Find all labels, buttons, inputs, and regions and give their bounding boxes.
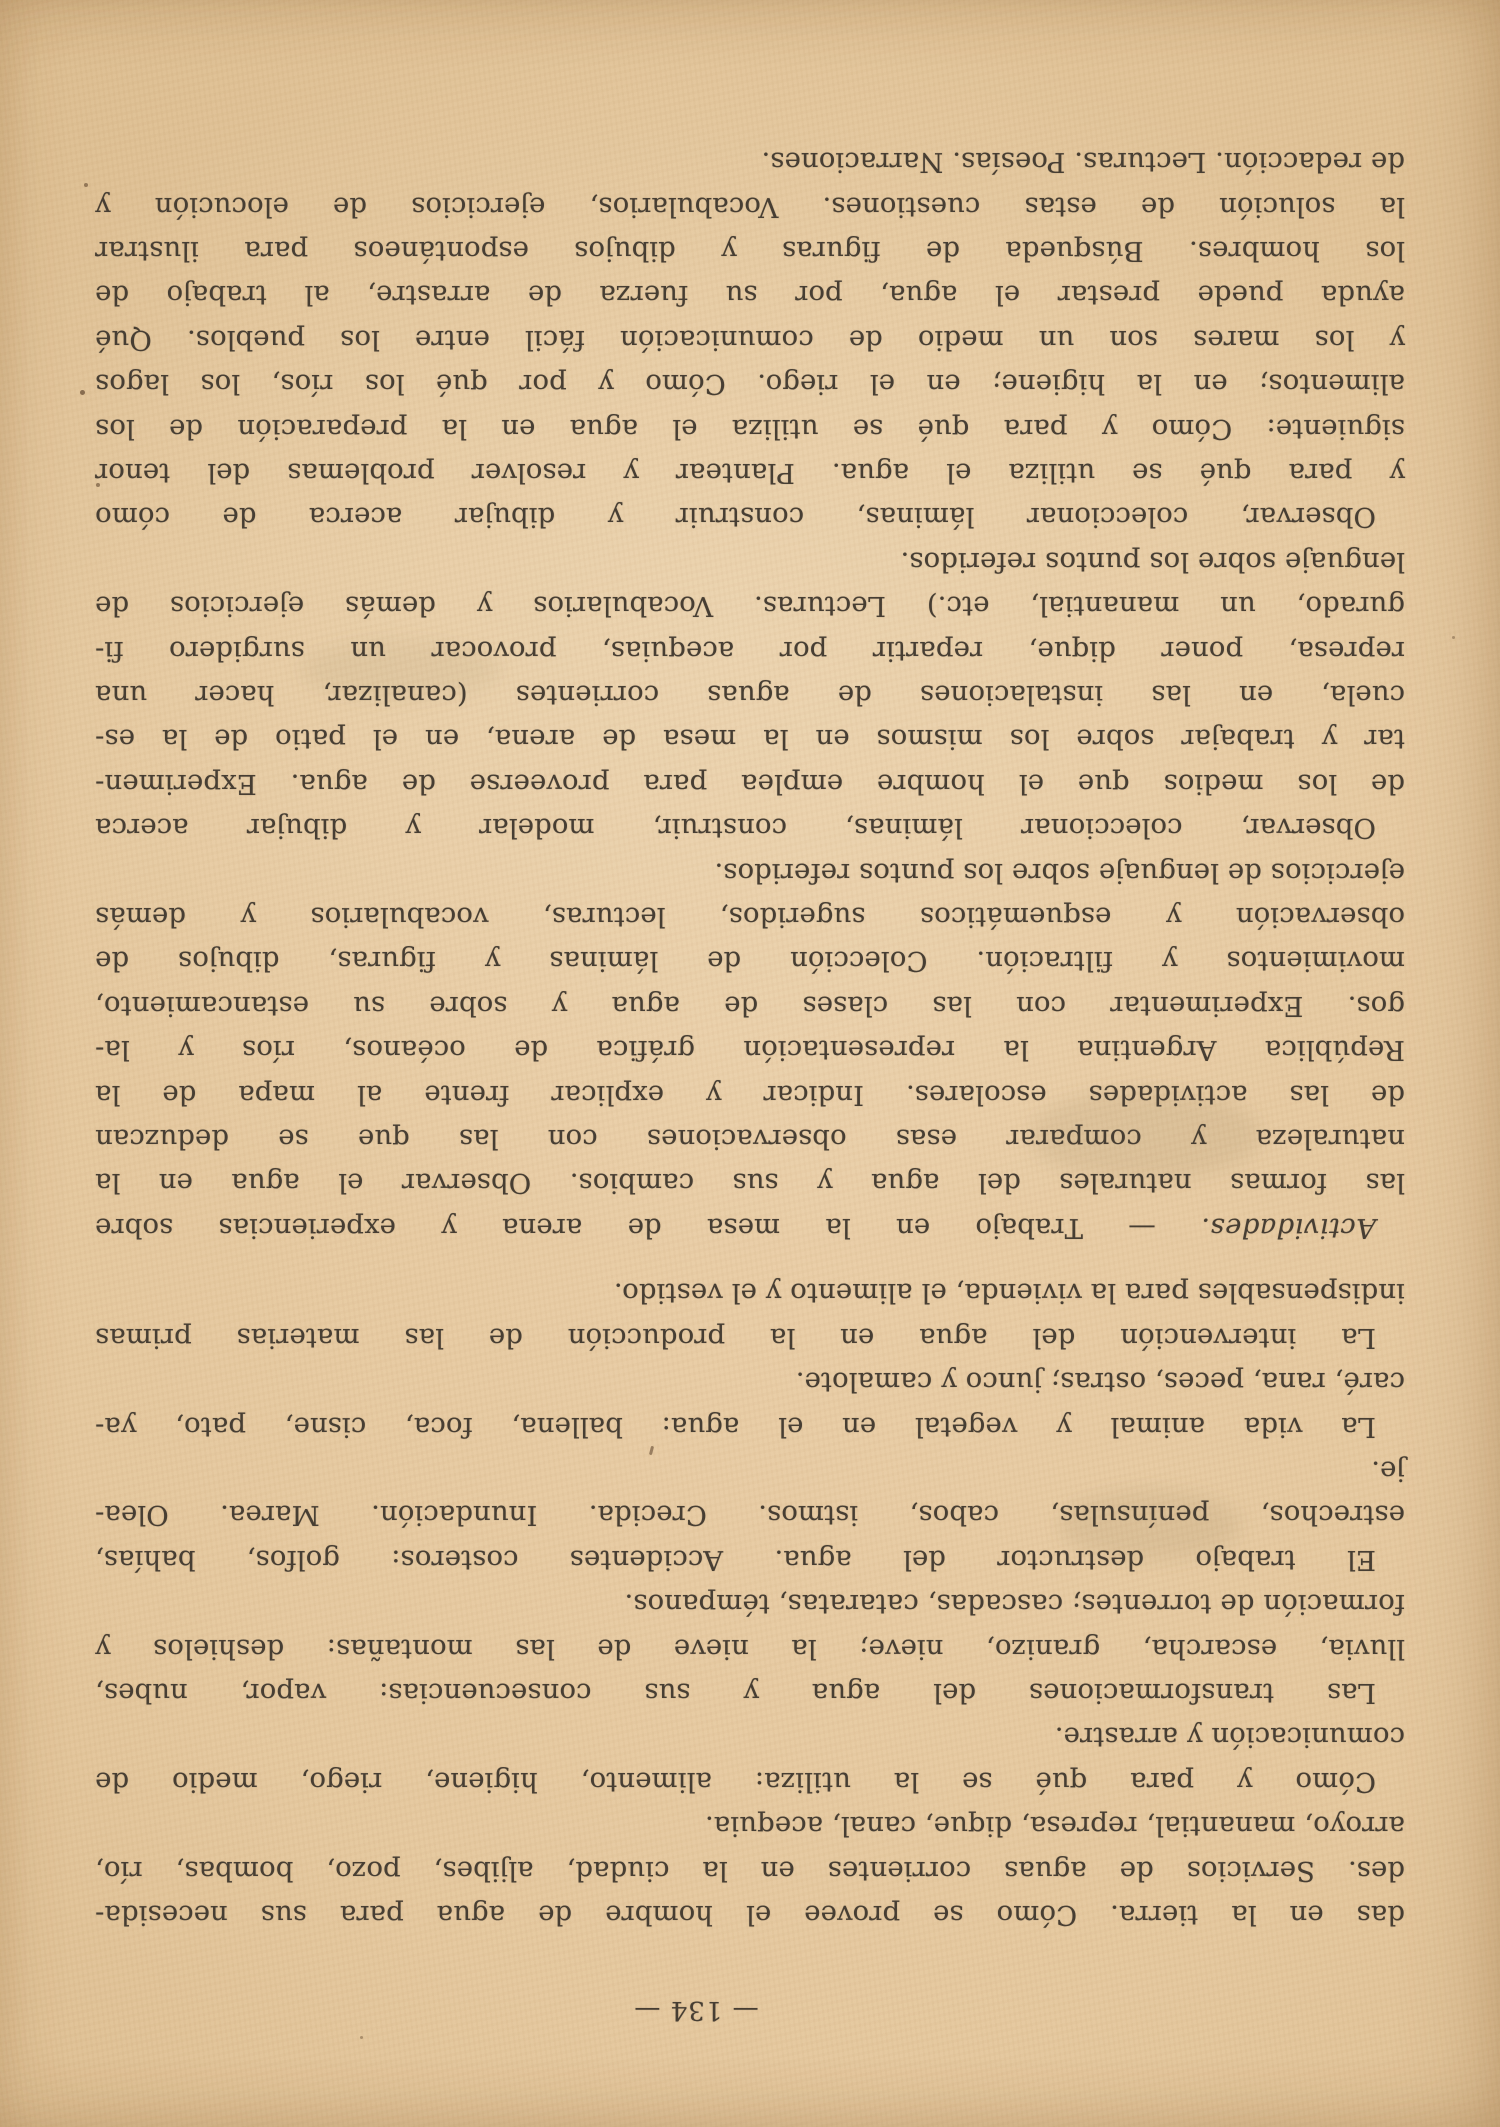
text-line: represa, poner dique, repartir por acequ… xyxy=(95,628,1405,672)
text-line: Cómo y para qué se la utiliza: alimento,… xyxy=(95,1759,1405,1803)
text-line: alimentos; en la higiene; en el riego. C… xyxy=(95,362,1405,406)
text-line: lluvia, escarcha, granizo, nieve; la nie… xyxy=(95,1626,1405,1670)
text-line: formación de torrentes; cascadas, catara… xyxy=(95,1582,1405,1626)
text-line: y para qué se utiliza el agua. Plantear … xyxy=(95,451,1405,495)
text-line: naturaleza y comparar esas observaciones… xyxy=(95,1117,1405,1161)
text-line: siguiente: Cómo y para qué se utiliza el… xyxy=(95,406,1405,450)
text-line: ayuda puede prestar el agua, por su fuer… xyxy=(95,273,1405,317)
text-line: lenguaje sobre los puntos referidos. xyxy=(95,539,1405,583)
text-line: Observar, coleccionar láminas, construir… xyxy=(95,495,1405,539)
text-line: Actividades. — Trabajo en la mesa de are… xyxy=(95,1206,1405,1250)
text-line: movimientos y filtración. Colección de l… xyxy=(95,939,1405,983)
text-line: gurado, un manantial, etc.) Lecturas. Vo… xyxy=(95,584,1405,628)
text-line: indispensables para la vivienda, el alim… xyxy=(95,1271,1405,1315)
text-line: de redacción. Lecturas. Poesías. Narraci… xyxy=(95,140,1405,184)
text-line: caré, rana, peces, ostras; junco y camal… xyxy=(95,1360,1405,1404)
text-line: La intervención del agua en la producció… xyxy=(95,1315,1405,1359)
text-line: República Argentina la representación gr… xyxy=(95,1028,1405,1072)
text-line: gos. Experimentar con las clases de agua… xyxy=(95,983,1405,1027)
text-line: La vida animal y vegetal en el agua: bal… xyxy=(95,1404,1405,1448)
text-line: y los mares son un medio de comunicación… xyxy=(95,317,1405,361)
text-line: de las actividades escolares. Indicar y … xyxy=(95,1072,1405,1116)
text-line: tar y trabajar sobre los mismos en la me… xyxy=(95,717,1405,761)
text-line: cuela, en las instalaciones de aguas cor… xyxy=(95,673,1405,717)
text-line: das en la tierra. Cómo se provee el homb… xyxy=(95,1893,1405,1937)
page-text: das en la tierra. Cómo se provee el homb… xyxy=(95,140,1405,1937)
text-line: ejercicios de lenguaje sobre los puntos … xyxy=(95,850,1405,894)
text-line: El trabajo destructor del agua. Accident… xyxy=(95,1537,1405,1581)
text-line: arroyo, manantial, represa, dique, canal… xyxy=(95,1804,1405,1848)
text-line: la solución de estas cuestiones. Vocabul… xyxy=(95,184,1405,228)
text-line: estrechos, penínsulas, cabos, istmos. Cr… xyxy=(95,1493,1405,1537)
text-line: de los medios que el hombre emplea para … xyxy=(95,761,1405,805)
text-line: Observar, coleccionar láminas, construir… xyxy=(95,806,1405,850)
text-line: comunicación y arrastre. xyxy=(95,1715,1405,1759)
page-number: — 134 — xyxy=(614,1995,778,2025)
section-label-italic: Actividades. xyxy=(1201,1212,1376,1244)
scanned-book-page: — 134 — das en la tierra. Cómo se provee… xyxy=(0,0,1500,2127)
page-content-rotated-180: — 134 — das en la tierra. Cómo se provee… xyxy=(0,0,1500,2127)
text-line: los hombres. Búsqueda de figuras y dibuj… xyxy=(95,229,1405,273)
text-line: Las transformaciones del agua y sus cons… xyxy=(95,1671,1405,1715)
text-line: je. xyxy=(95,1449,1405,1493)
text-line: las formas naturales del agua y sus camb… xyxy=(95,1161,1405,1205)
text-line: observación y esquemáticos sugeridos, le… xyxy=(95,895,1405,939)
text-line: des. Servicios de aguas corrientes en la… xyxy=(95,1848,1405,1892)
